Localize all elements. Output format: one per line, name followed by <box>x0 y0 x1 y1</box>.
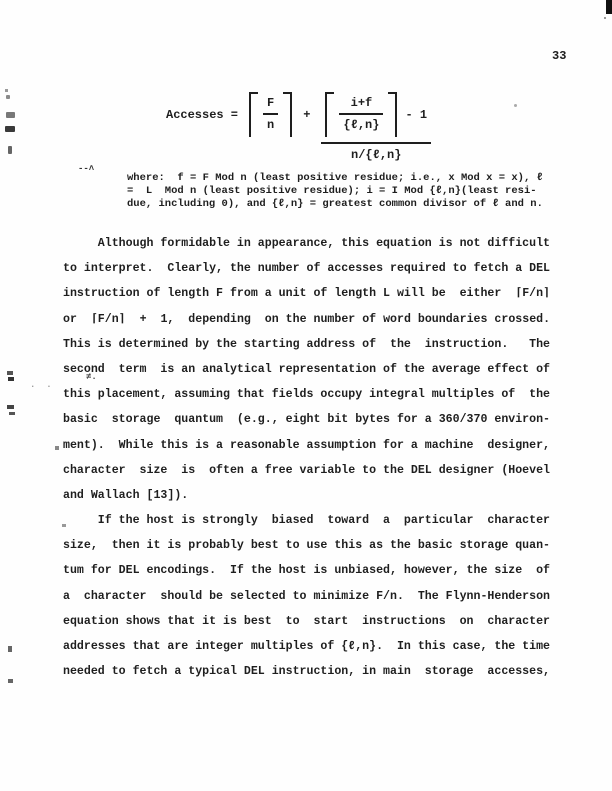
scan-smudge <box>7 405 14 409</box>
scan-smudge <box>5 126 15 132</box>
text-line: needed to fetch a typical DEL instructio… <box>63 659 550 684</box>
second-term-denominator: n/{ℓ,n} <box>321 144 431 162</box>
text-line: instruction of length F from a unit of l… <box>63 281 550 306</box>
text-line: This is determined by the starting addre… <box>63 332 550 357</box>
text-line: Although formidable in appearance, this … <box>63 231 550 256</box>
second-term-fraction: i+f {ℓ,n} - 1 n/{ℓ,n} <box>321 92 431 162</box>
text-line: this placement, assuming that fields occ… <box>63 382 550 407</box>
fraction-denominator: n <box>263 113 278 133</box>
text-line: size, then it is probably best to use th… <box>63 533 550 558</box>
paragraph-interpretation: Although formidable in appearance, this … <box>63 231 550 508</box>
ceiling-bracket-left-icon <box>325 92 334 137</box>
scan-speck <box>62 524 66 527</box>
ceiling-bracket-right-icon <box>283 92 292 137</box>
equation-lhs: Accesses = <box>166 108 238 122</box>
text-line: to interpret. Clearly, the number of acc… <box>63 256 550 281</box>
where-definition-block: where: f = F Mod n (least positive resid… <box>127 172 543 212</box>
text-line: ment). While this is a reasonable assump… <box>63 433 550 458</box>
scan-smudge <box>5 89 8 92</box>
scan-smudge <box>8 146 12 154</box>
scan-edge-mark <box>606 0 612 14</box>
text-line: where: f = F Mod n (least positive resid… <box>127 172 543 185</box>
scan-smudge <box>8 377 14 381</box>
text-line: and Wallach [13]). <box>63 483 550 508</box>
scan-speck <box>514 104 517 107</box>
text-line: a character should be selected to minimi… <box>63 584 550 609</box>
text-line: second term is an analytical representat… <box>63 357 550 382</box>
scan-speck <box>55 446 59 450</box>
ceiling-term-if-over-gcd: i+f {ℓ,n} <box>325 92 397 137</box>
second-term-numerator: i+f {ℓ,n} - 1 <box>321 92 431 144</box>
scan-smudge <box>8 646 12 652</box>
page-number: 33 <box>552 49 566 63</box>
typed-correction-mark: ≠. <box>86 372 97 382</box>
faint-dots-mark: · · <box>30 382 52 392</box>
ceiling-bracket-right-icon <box>388 92 397 137</box>
scan-smudge <box>6 112 15 118</box>
scan-smudge <box>9 412 15 415</box>
text-line: character size is often a free variable … <box>63 458 550 483</box>
text-line: tum for DEL encodings. If the host is un… <box>63 558 550 583</box>
text-line: due, including 0), and {ℓ,n} = greatest … <box>127 198 543 211</box>
scan-speck <box>604 17 606 19</box>
equation-accesses: Accesses = F n + i+f {ℓ,n} - 1 n/{ℓ,n} <box>166 92 431 162</box>
text-line: addresses that are integer multiples of … <box>63 634 550 659</box>
text-line: equation shows that it is best to start … <box>63 609 550 634</box>
fraction-if-over-gcd: i+f {ℓ,n} <box>339 95 383 133</box>
scan-smudge <box>8 679 13 683</box>
fraction-numerator: F <box>263 95 278 113</box>
scan-smudge <box>7 371 13 375</box>
text-line: basic storage quantum (e.g., eight bit b… <box>63 407 550 432</box>
text-line: or ⌈F/n⌉ + 1, depending on the number of… <box>63 307 550 332</box>
fraction-denominator: {ℓ,n} <box>339 113 383 133</box>
fraction-numerator: i+f <box>339 95 383 113</box>
plus-operator: + <box>303 108 310 122</box>
ceiling-term-f-over-n: F n <box>249 92 292 137</box>
scan-smudge <box>6 95 10 99</box>
fraction-f-over-n: F n <box>263 95 278 133</box>
text-line: = L Mod n (least positive residue); i = … <box>127 185 543 198</box>
minus-one-term: - 1 <box>405 108 427 122</box>
margin-squiggle-mark: --˄ <box>78 164 94 174</box>
paragraph-character-size: If the host is strongly biased toward a … <box>63 508 550 684</box>
text-line: If the host is strongly biased toward a … <box>63 508 550 533</box>
ceiling-bracket-left-icon <box>249 92 258 137</box>
